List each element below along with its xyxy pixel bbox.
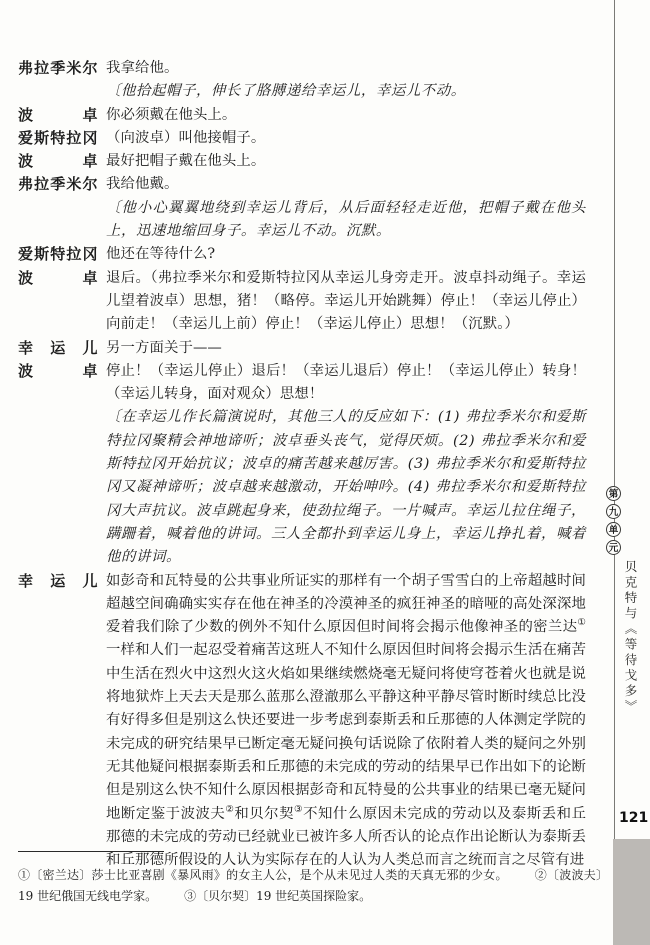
stage-direction: 〔他拾起帽子，伸长了胳膊递给幸运儿，幸运儿不动。 — [106, 80, 586, 103]
speech-text: 我给他戴。 — [106, 173, 586, 196]
speech-text: 我拿给他。 — [106, 57, 586, 80]
speech-text: 最好把帽子戴在他头上。 — [106, 150, 586, 173]
speech-text: 另一方面关于—— — [106, 337, 586, 360]
speaker-name: 波 卓 — [18, 267, 98, 290]
unit-badge-char: 元 — [606, 540, 621, 555]
speaker-name: 爱斯特拉冈 — [18, 243, 98, 266]
footnote-list: ①〔密兰达〕莎士比亚喜剧《暴风雨》的女主人公，是个从未见过人类的天真无邪的少女。… — [18, 865, 608, 907]
speech-text: 如彭奇和瓦特曼的公共事业所证实的那样有一个胡子雪雪白的上帝超越时间超越空间确确实… — [106, 570, 586, 873]
dialogue-row: 弗拉季米尔我给他戴。 — [18, 173, 586, 196]
footnote-area: ①〔密兰达〕莎士比亚喜剧《暴风雨》的女主人公，是个从未见过人类的天真无邪的少女。… — [18, 851, 608, 907]
speaker-name: 幸 运 儿 — [18, 337, 98, 360]
dialogue-row: 弗拉季米尔我拿给他。 — [18, 57, 586, 80]
script-body: 弗拉季米尔我拿给他。〔他拾起帽子，伸长了胳膊递给幸运儿，幸运儿不动。波 卓你必须… — [18, 57, 586, 872]
footnote-ref: ③ — [294, 804, 303, 815]
speech-text: 停止！（幸运儿停止）退后！（幸运儿退后）停止！（幸运儿停止）转身！（幸运儿转身，… — [106, 360, 586, 407]
footnote-separator — [18, 851, 164, 852]
footnote-ref: ① — [577, 617, 586, 628]
speaker-name: 幸 运 儿 — [18, 570, 98, 593]
speech-text: 退后。（弗拉季米尔和爱斯特拉冈从幸运儿身旁走开。波卓抖动绳子。幸运儿望着波卓）思… — [106, 267, 586, 337]
textbook-page: 弗拉季米尔我拿给他。〔他拾起帽子，伸长了胳膊递给幸运儿，幸运儿不动。波 卓你必须… — [0, 0, 650, 945]
speech-text: （向波卓）叫他接帽子。 — [106, 127, 586, 150]
dialogue-row: 〔在幸运儿作长篇演说时，其他三人的反应如下：(1) 弗拉季米尔和爱斯特拉冈聚精会… — [18, 406, 586, 569]
dialogue-row: 波 卓退后。（弗拉季米尔和爱斯特拉冈从幸运儿身旁走开。波卓抖动绳子。幸运儿望着波… — [18, 267, 586, 337]
dialogue-row: 波 卓你必须戴在他头上。 — [18, 104, 586, 127]
speech-text: 他还在等待什么? — [106, 243, 586, 266]
chapter-title-vertical: 贝克特与《等待戈多》 — [621, 560, 639, 760]
unit-badge-char: 单 — [606, 522, 621, 537]
stage-direction: 〔他小心翼翼地绕到幸运儿背后，从后面轻轻走近他，把帽子戴在他头上，迅速地缩回身子… — [106, 197, 586, 244]
dialogue-row: 波 卓停止！（幸运儿停止）退后！（幸运儿退后）停止！（幸运儿停止）转身！（幸运儿… — [18, 360, 586, 407]
dialogue-row: 幸 运 儿另一方面关于—— — [18, 337, 586, 360]
dialogue-row: 爱斯特拉冈他还在等待什么? — [18, 243, 586, 266]
page-corner-shade — [613, 839, 650, 945]
unit-badge-char: 九 — [606, 504, 621, 519]
speaker-name: 波 卓 — [18, 360, 98, 383]
dialogue-row: 幸 运 儿如彭奇和瓦特曼的公共事业所证实的那样有一个胡子雪雪白的上帝超越时间超越… — [18, 570, 586, 873]
stage-direction: 〔在幸运儿作长篇演说时，其他三人的反应如下：(1) 弗拉季米尔和爱斯特拉冈聚精会… — [106, 406, 586, 569]
speaker-name: 弗拉季米尔 — [18, 57, 98, 80]
sidebar-rule — [614, 0, 615, 945]
dialogue-row: 〔他小心翼翼地绕到幸运儿背后，从后面轻轻走近他，把帽子戴在他头上，迅速地缩回身子… — [18, 197, 586, 244]
dialogue-row: 〔他拾起帽子，伸长了胳膊递给幸运儿，幸运儿不动。 — [18, 80, 586, 103]
speech-text: 你必须戴在他头上。 — [106, 104, 586, 127]
page-number: 121 — [619, 810, 648, 826]
speaker-name: 爱斯特拉冈 — [18, 127, 98, 150]
unit-badge-char: 第 — [606, 486, 621, 501]
unit-badge: 第九单元 — [606, 486, 621, 555]
footnote-ref: ② — [225, 804, 234, 815]
speaker-name: 波 卓 — [18, 150, 98, 173]
dialogue-row: 爱斯特拉冈（向波卓）叫他接帽子。 — [18, 127, 586, 150]
speaker-name: 波 卓 — [18, 104, 98, 127]
footnote: ③〔贝尔契〕19 世纪英国探险家。 — [184, 889, 371, 903]
speaker-name: 弗拉季米尔 — [18, 173, 98, 196]
dialogue-row: 波 卓最好把帽子戴在他头上。 — [18, 150, 586, 173]
footnote: ①〔密兰达〕莎士比亚喜剧《暴风雨》的女主人公，是个从未见过人类的天真无邪的少女。 — [18, 868, 508, 882]
